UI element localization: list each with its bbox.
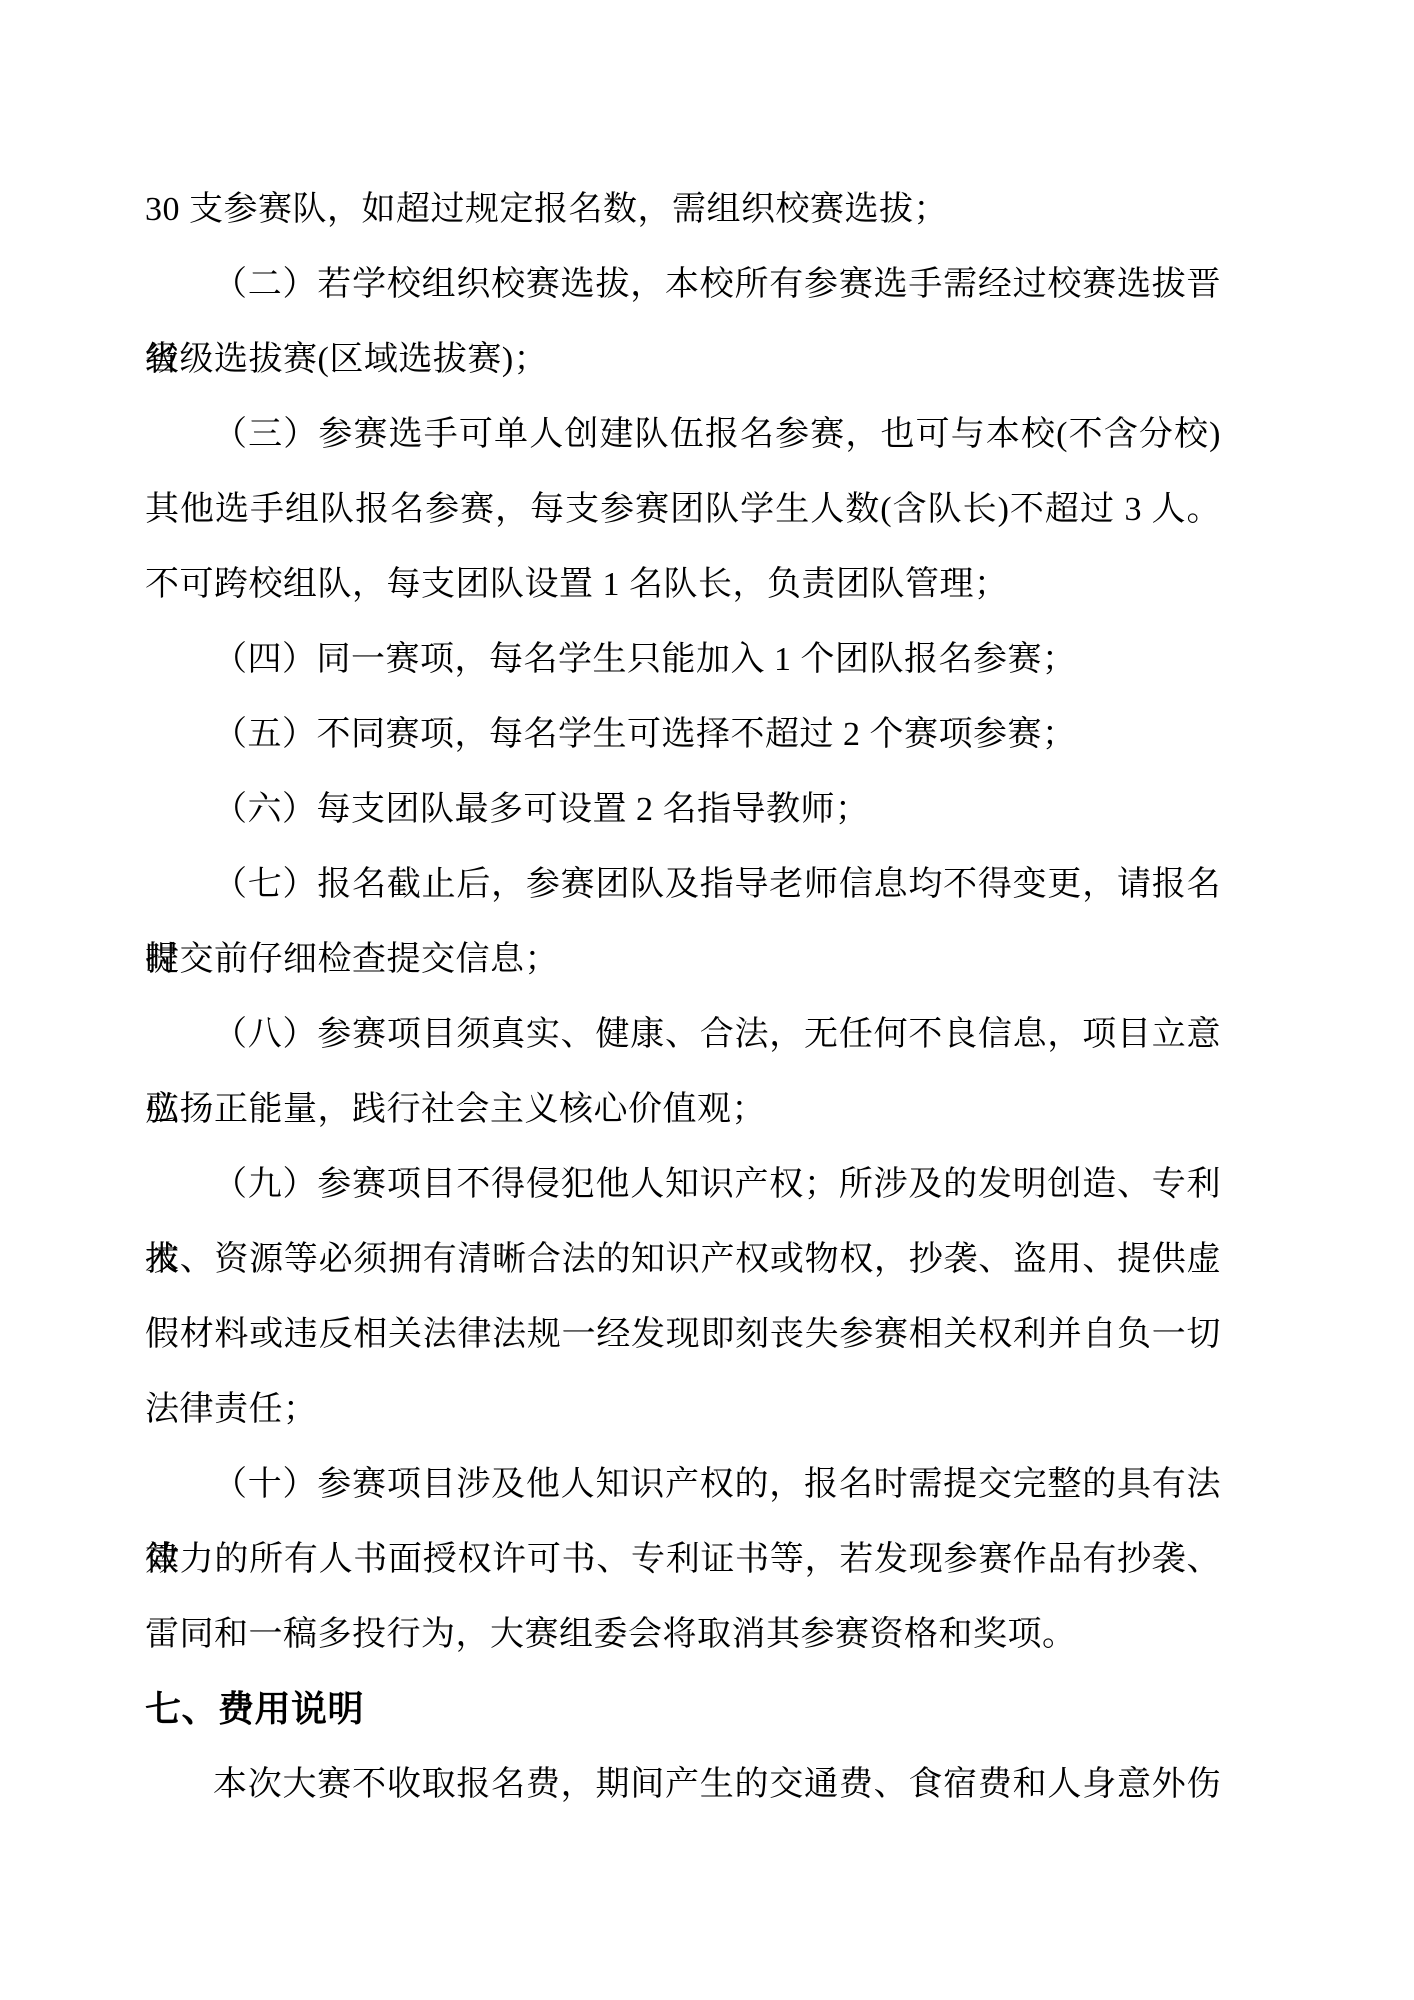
paragraph-line: 提交前仔细检查提交信息； bbox=[145, 922, 1221, 997]
paragraph-line: 其他选手组队报名参赛，每支参赛团队学生人数(含队长)不超过 3 人。 bbox=[145, 472, 1221, 547]
paragraph-line: 省级选拔赛(区域选拔赛)； bbox=[145, 322, 1221, 397]
document-text-block: 30 支参赛队，如超过规定报名数，需组织校赛选拔； （二）若学校组织校赛选拔，本… bbox=[145, 172, 1221, 1822]
paragraph-line: 假材料或违反相关法律法规一经发现即刻丧失参赛相关权利并自负一切 bbox=[145, 1297, 1221, 1372]
paragraph-line: （七）报名截止后，参赛团队及指导老师信息均不得变更，请报名时 bbox=[145, 847, 1221, 922]
paragraph-line: 30 支参赛队，如超过规定报名数，需组织校赛选拔； bbox=[145, 172, 1221, 247]
paragraph-line: （三）参赛选手可单人创建队伍报名参赛，也可与本校(不含分校) bbox=[145, 397, 1221, 472]
document-page: 30 支参赛队，如超过规定报名数，需组织校赛选拔； （二）若学校组织校赛选拔，本… bbox=[0, 0, 1414, 2000]
paragraph-line: 本次大赛不收取报名费，期间产生的交通费、食宿费和人身意外伤 bbox=[145, 1747, 1221, 1822]
paragraph-line: 术、资源等必须拥有清晰合法的知识产权或物权，抄袭、盗用、提供虚 bbox=[145, 1222, 1221, 1297]
paragraph-line: （九）参赛项目不得侵犯他人知识产权；所涉及的发明创造、专利技 bbox=[145, 1147, 1221, 1222]
paragraph-line: （六）每支团队最多可设置 2 名指导教师； bbox=[145, 772, 1221, 847]
paragraph-line: （十）参赛项目涉及他人知识产权的，报名时需提交完整的具有法律 bbox=[145, 1447, 1221, 1522]
paragraph-line: （八）参赛项目须真实、健康、合法，无任何不良信息，项目立意应 bbox=[145, 997, 1221, 1072]
paragraph-line: 法律责任； bbox=[145, 1372, 1221, 1447]
paragraph-line: （二）若学校组织校赛选拔，本校所有参赛选手需经过校赛选拔晋级 bbox=[145, 247, 1221, 322]
paragraph-line: 弘扬正能量，践行社会主义核心价值观； bbox=[145, 1072, 1221, 1147]
paragraph-line: （五）不同赛项，每名学生可选择不超过 2 个赛项参赛； bbox=[145, 697, 1221, 772]
section-heading: 七、费用说明 bbox=[145, 1672, 1221, 1747]
paragraph-line: 不可跨校组队，每支团队设置 1 名队长，负责团队管理； bbox=[145, 547, 1221, 622]
paragraph-line: 雷同和一稿多投行为，大赛组委会将取消其参赛资格和奖项。 bbox=[145, 1597, 1221, 1672]
paragraph-line: （四）同一赛项，每名学生只能加入 1 个团队报名参赛； bbox=[145, 622, 1221, 697]
paragraph-line: 效力的所有人书面授权许可书、专利证书等，若发现参赛作品有抄袭、 bbox=[145, 1522, 1221, 1597]
